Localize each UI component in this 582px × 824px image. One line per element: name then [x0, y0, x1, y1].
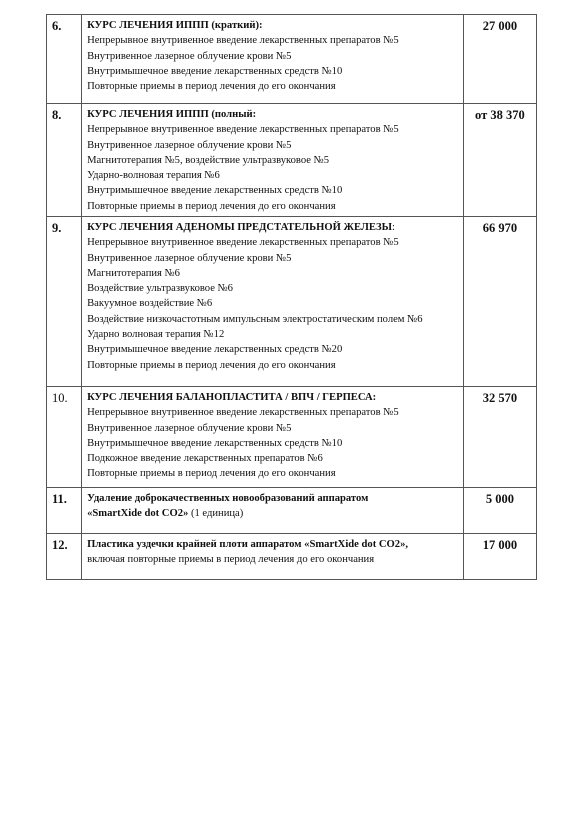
- service-price: 66 970: [463, 217, 536, 387]
- service-item: Внутривенное лазерное облучение крови №5: [87, 251, 463, 266]
- service-item: Магнитотерапия №6: [87, 266, 463, 281]
- service-price: 27 000: [463, 15, 536, 104]
- service-item: Повторные приемы в период лечения до его…: [87, 358, 463, 373]
- row-number: 10.: [47, 387, 82, 488]
- price-list-table: 6. КУРС ЛЕЧЕНИЯ ИППП (краткий): Непрерыв…: [46, 14, 537, 580]
- service-title: Удаление доброкачественных новообразован…: [87, 491, 463, 506]
- service-item: Ударно-волновая терапия №6: [87, 168, 463, 183]
- service-description: КУРС ЛЕЧЕНИЯ ИППП (краткий): Непрерывное…: [82, 15, 464, 104]
- service-price: 32 570: [463, 387, 536, 488]
- service-item: Повторные приемы в период лечения до его…: [87, 199, 463, 214]
- service-title: КУРС ЛЕЧЕНИЯ ИППП (полный:: [87, 107, 463, 122]
- table-row: 8. КУРС ЛЕЧЕНИЯ ИППП (полный: Непрерывно…: [47, 104, 537, 217]
- service-item: Внутримышечное введение лекарственных ср…: [87, 342, 463, 357]
- service-description: КУРС ЛЕЧЕНИЯ ИППП (полный: Непрерывное в…: [82, 104, 464, 217]
- service-item: Внутримышечное введение лекарственных ср…: [87, 436, 463, 451]
- service-item: Ударно волновая терапия №12: [87, 327, 463, 342]
- service-item: включая повторные приемы в период лечени…: [87, 552, 463, 567]
- service-item: Внутримышечное введение лекарственных ср…: [87, 64, 463, 79]
- service-title: КУРС ЛЕЧЕНИЯ АДЕНОМЫ ПРЕДСТАТЕЛЬНОЙ ЖЕЛЕ…: [87, 220, 463, 235]
- table-row: 6. КУРС ЛЕЧЕНИЯ ИППП (краткий): Непрерыв…: [47, 15, 537, 104]
- service-title-tail: :: [392, 222, 395, 233]
- service-item: Магнитотерапия №5, воздействие ультразву…: [87, 153, 463, 168]
- unit-note: (1 единица): [188, 508, 243, 519]
- service-item: Внутривенное лазерное облучение крови №5: [87, 49, 463, 64]
- row-number: 8.: [47, 104, 82, 217]
- service-item: Подкожное введение лекарственных препара…: [87, 451, 463, 466]
- table-row: 10. КУРС ЛЕЧЕНИЯ БАЛАНОПЛАСТИТА / ВПЧ / …: [47, 387, 537, 488]
- service-price: 17 000: [463, 534, 536, 580]
- service-title-line2: «SmartXide dot CO2» (1 единица): [87, 506, 463, 521]
- service-description: Пластика уздечки крайней плоти аппаратом…: [82, 534, 464, 580]
- service-item: Повторные приемы в период лечения до его…: [87, 466, 463, 481]
- table-row: 11. Удаление доброкачественных новообраз…: [47, 488, 537, 534]
- service-description: КУРС ЛЕЧЕНИЯ АДЕНОМЫ ПРЕДСТАТЕЛЬНОЙ ЖЕЛЕ…: [82, 217, 464, 387]
- service-title: КУРС ЛЕЧЕНИЯ БАЛАНОПЛАСТИТА / ВПЧ / ГЕРП…: [87, 390, 463, 405]
- service-item: Непрерывное внутривенное введение лекарс…: [87, 122, 463, 137]
- service-item: Внутримышечное введение лекарственных ср…: [87, 183, 463, 198]
- service-title: Пластика уздечки крайней плоти аппаратом…: [87, 537, 463, 552]
- row-number: 9.: [47, 217, 82, 387]
- row-number: 6.: [47, 15, 82, 104]
- service-item: Непрерывное внутривенное введение лекарс…: [87, 33, 463, 48]
- service-item: Воздействие низкочастотным импульсным эл…: [87, 312, 463, 327]
- service-item: Воздействие ультразвуковое №6: [87, 281, 463, 296]
- service-price: 5 000: [463, 488, 536, 534]
- service-price: от 38 370: [463, 104, 536, 217]
- table-row: 12. Пластика уздечки крайней плоти аппар…: [47, 534, 537, 580]
- service-title: КУРС ЛЕЧЕНИЯ ИППП (краткий):: [87, 18, 463, 33]
- service-description: Удаление доброкачественных новообразован…: [82, 488, 464, 534]
- service-item: Внутривенное лазерное облучение крови №5: [87, 138, 463, 153]
- service-item: Повторные приемы в период лечения до его…: [87, 79, 463, 94]
- service-item: Внутривенное лазерное облучение крови №5: [87, 421, 463, 436]
- row-number: 11.: [47, 488, 82, 534]
- service-title-text: КУРС ЛЕЧЕНИЯ АДЕНОМЫ ПРЕДСТАТЕЛЬНОЙ ЖЕЛЕ…: [87, 222, 392, 233]
- service-item: Непрерывное внутривенное введение лекарс…: [87, 405, 463, 420]
- service-item: Вакуумное воздействие №6: [87, 296, 463, 311]
- device-name: «SmartXide dot CO2»: [87, 508, 188, 519]
- table-row: 9. КУРС ЛЕЧЕНИЯ АДЕНОМЫ ПРЕДСТАТЕЛЬНОЙ Ж…: [47, 217, 537, 387]
- row-number: 12.: [47, 534, 82, 580]
- service-description: КУРС ЛЕЧЕНИЯ БАЛАНОПЛАСТИТА / ВПЧ / ГЕРП…: [82, 387, 464, 488]
- service-item: Непрерывное внутривенное введение лекарс…: [87, 235, 463, 250]
